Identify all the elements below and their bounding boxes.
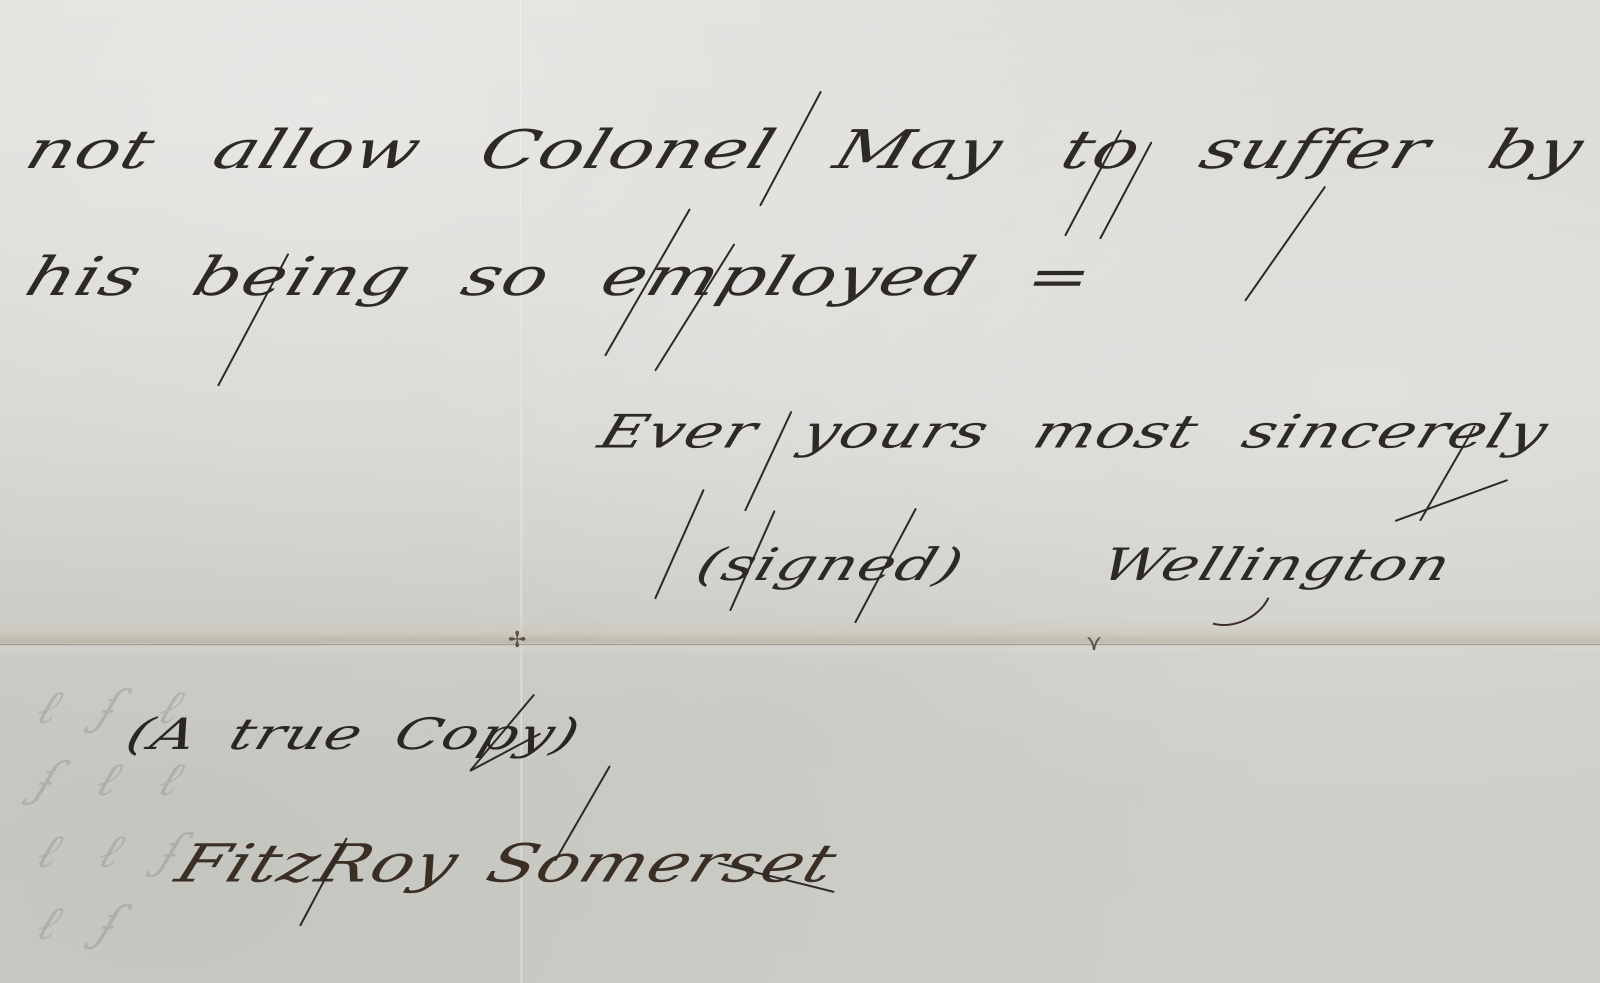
fold-tear-mark: ⋎ xyxy=(1086,633,1102,655)
letter-body-line-1: not allow Colonel May to suffer by xyxy=(18,119,1592,181)
pen-stroke xyxy=(1395,479,1508,522)
pen-stroke xyxy=(1244,186,1326,302)
horizontal-fold-crease xyxy=(0,644,1600,645)
fold-tear-mark: ✢ xyxy=(508,630,526,652)
signature-line: (signed) Wellington xyxy=(690,538,1458,591)
horizontal-fold-stain xyxy=(0,618,1600,656)
attestation-note: (A true Copy) xyxy=(120,710,587,760)
signature-wellington: Wellington xyxy=(1095,538,1459,591)
letter-body-line-2: his being so employed = xyxy=(18,246,1101,308)
signed-prefix: (signed) xyxy=(690,538,971,591)
signature-fitzroy-somerset: FitzRoy Somerset xyxy=(168,833,846,895)
letter-closing: Ever yours most sincerely xyxy=(592,406,1555,459)
letter-page: ✢ ⋎ ℓ ʄ ℓ ʄ ℓ ℓ ℓ ℓ ʄ ℓ ʄ not allow Colo… xyxy=(0,0,1600,983)
